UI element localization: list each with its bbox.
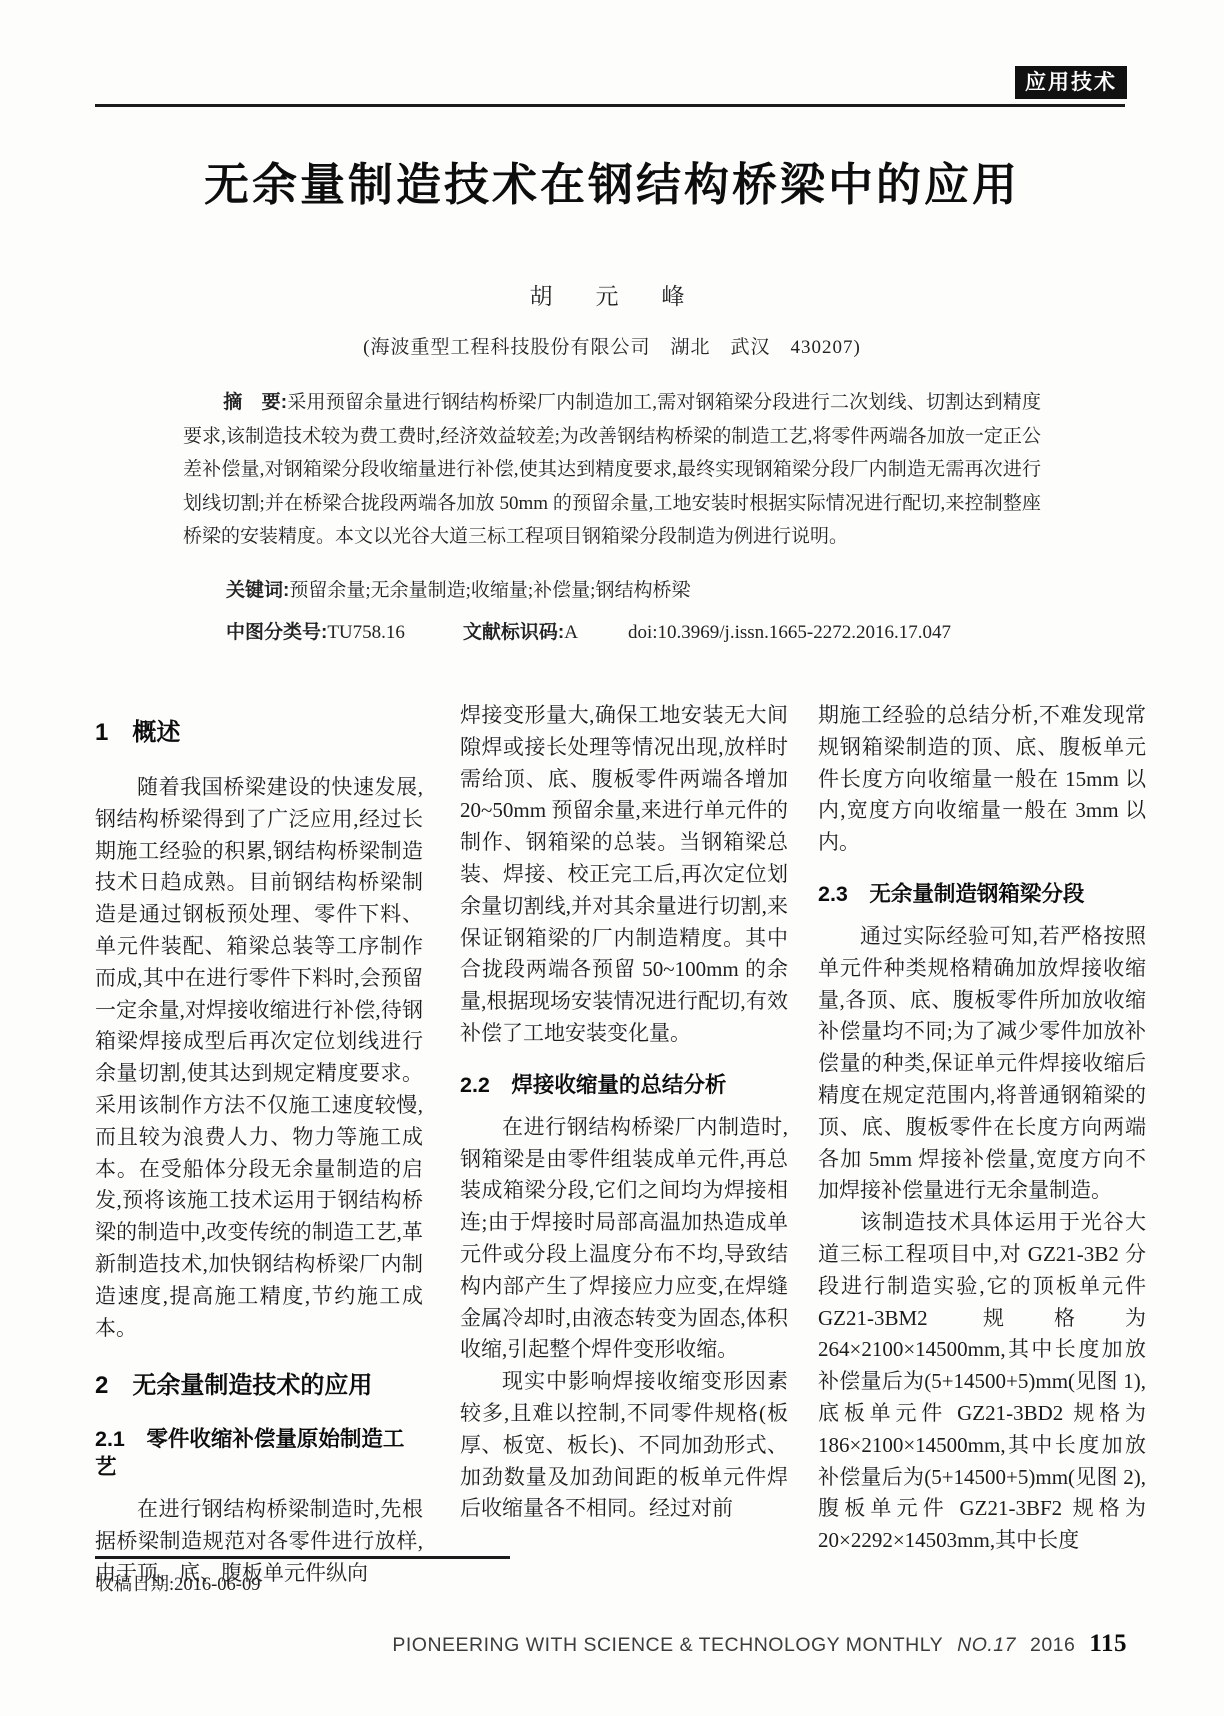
subsection-heading-2-3: 2.3 无余量制造钢箱梁分段: [818, 880, 1146, 908]
abstract-label: 摘 要:: [223, 392, 287, 413]
text-column-1: 1 概述 随着我国桥梁建设的快速发展,钢结构桥梁得到了广泛应用,经过长期施工经验…: [95, 700, 423, 1618]
receipt-date-label: 收稿日期:: [95, 1575, 174, 1595]
paragraph-continuation: 焊接变形量大,确保工地安装无大间隙焊或接长处理等情况出现,放样时需给顶、底、腹板…: [460, 700, 788, 1050]
paragraph: 通过实际经验可知,若严格按照单元件种类规格精确加放焊接收缩量,各顶、底、腹板零件…: [818, 921, 1146, 1207]
publication-year: 2016: [1030, 1634, 1075, 1657]
doc-code-label: 文献标识码:: [463, 622, 564, 643]
paragraph-continuation: 期施工经验的总结分析,不难发现常规钢箱梁制造的顶、底、腹板单元件长度方向收缩量一…: [818, 700, 1146, 859]
paragraph: 现实中影响焊接收缩变形因素较多,且难以控制,不同零件规格(板厚、板宽、板长)、不…: [460, 1366, 788, 1525]
section-heading-2: 2 无余量制造技术的应用: [95, 1371, 423, 1401]
receipt-date-value: 2016-06-09: [174, 1575, 260, 1595]
doi-value: doi:10.3969/j.issn.1665-2272.2016.17.047: [628, 622, 951, 643]
paragraph: 该制造技术具体运用于光谷大道三标工程项目中,对 GZ21-3B2 分段进行制造实…: [818, 1207, 1146, 1557]
footnote-rule: [95, 1556, 510, 1559]
paragraph: 在进行钢结构桥梁厂内制造时,钢箱梁是由零件组装成单元件,再总装成箱梁分段,它们之…: [460, 1112, 788, 1366]
abstract: 摘 要:采用预留余量进行钢结构桥梁厂内制造加工,需对钢箱梁分段进行二次划线、切割…: [183, 386, 1041, 554]
issue-number: NO.17: [957, 1634, 1016, 1657]
clc-label: 中图分类号:: [226, 622, 327, 643]
classification-line: 中图分类号:TU758.16文献标识码:Adoi:10.3969/j.issn.…: [226, 618, 1041, 648]
subsection-heading-2-1: 2.1 零件收缩补偿量原始制造工艺: [95, 1425, 423, 1481]
category-badge: 应用技术: [1015, 66, 1127, 99]
page-number: 115: [1089, 1630, 1127, 1658]
paragraph: 随着我国桥梁建设的快速发展,钢结构桥梁得到了广泛应用,经过长期施工经验的积累,钢…: [95, 772, 423, 1344]
receipt-date-footnote: 收稿日期:2016-06-09: [95, 1556, 515, 1596]
journal-name: PIONEERING WITH SCIENCE & TECHNOLOGY MON…: [392, 1634, 943, 1657]
author-name: 胡 元 峰: [0, 278, 1224, 311]
header-rule: [95, 104, 1125, 107]
keywords-label: 关键词:: [226, 580, 289, 601]
section-heading-1: 1 概述: [95, 718, 423, 748]
keywords-line: 关键词:预留余量;无余量制造;收缩量;补偿量;钢结构桥梁: [226, 576, 1041, 606]
author-affiliation: (海波重型工程科技股份有限公司 湖北 武汉 430207): [0, 332, 1224, 359]
doc-code-value: A: [564, 622, 578, 643]
paper-title: 无余量制造技术在钢结构桥梁中的应用: [0, 148, 1224, 213]
subsection-heading-2-2: 2.2 焊接收缩量的总结分析: [460, 1071, 788, 1099]
abstract-text: 采用预留余量进行钢结构桥梁厂内制造加工,需对钢箱梁分段进行二次划线、切割达到精度…: [183, 392, 1041, 547]
text-column-3: 期施工经验的总结分析,不难发现常规钢箱梁制造的顶、底、腹板单元件长度方向收缩量一…: [818, 700, 1146, 1618]
keywords-text: 预留余量;无余量制造;收缩量;补偿量;钢结构桥梁: [289, 580, 690, 601]
clc-value: TU758.16: [327, 622, 405, 643]
paper-page: 应用技术 无余量制造技术在钢结构桥梁中的应用 胡 元 峰 (海波重型工程科技股份…: [0, 0, 1224, 1716]
text-column-2: 焊接变形量大,确保工地安装无大间隙焊或接长处理等情况出现,放样时需给顶、底、腹板…: [460, 700, 788, 1618]
page-footer: PIONEERING WITH SCIENCE & TECHNOLOGY MON…: [392, 1630, 1127, 1658]
